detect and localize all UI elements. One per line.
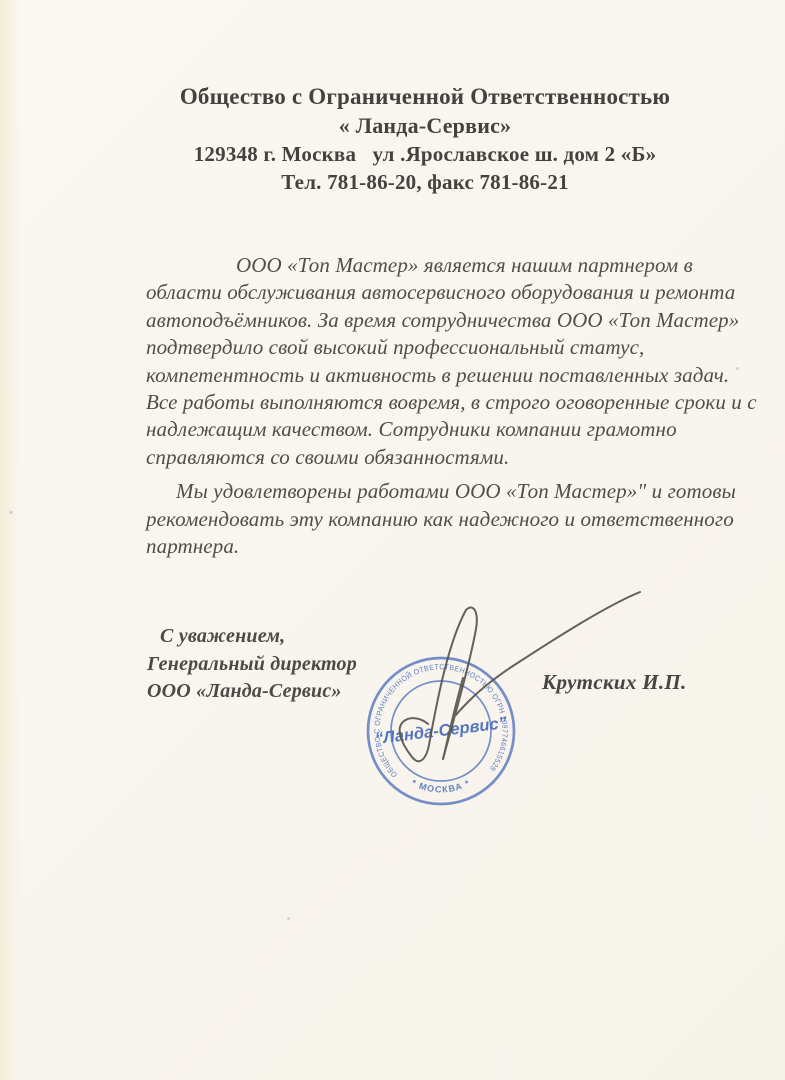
body-line: ООО «Топ Мастер» является нашим партнеро… xyxy=(146,252,762,279)
signature-stroke xyxy=(456,592,640,715)
company-address: 129348 г. Москва ул .Ярославское ш. дом … xyxy=(95,140,755,168)
company-short-name: « Ланда-Сервис» xyxy=(95,112,755,140)
body-line: надлежащим качеством. Сотрудники компани… xyxy=(146,416,762,443)
body-line: Все работы выполняются вовремя, в строго… xyxy=(146,389,762,416)
letterhead: Общество с Ограниченной Ответственностью… xyxy=(95,82,755,196)
signature-stroke xyxy=(400,610,466,761)
closing-salutation: С уважением, xyxy=(147,623,357,651)
body-line: партнера. xyxy=(146,533,762,560)
body-line: автоподъёмников. За время сотрудничества… xyxy=(146,307,762,334)
company-phone-fax: Тел. 781-86-20, факс 781-86-21 xyxy=(95,168,755,196)
scanned-letter-page: Общество с Ограниченной Ответственностью… xyxy=(0,0,785,1080)
body-line: Мы удовлетворены работами ООО «Топ Масте… xyxy=(146,478,762,505)
paragraph-1: ООО «Топ Мастер» является нашим партнеро… xyxy=(146,252,762,471)
closing-block: С уважением, Генеральный директор ООО «Л… xyxy=(147,623,357,706)
signer-title: Генеральный директор xyxy=(147,651,357,679)
signer-company: ООО «Ланда-Сервис» xyxy=(147,678,357,706)
body-line: области обслуживания автосервисного обор… xyxy=(146,279,762,306)
body-line: рекомендовать эту компанию как надежного… xyxy=(146,506,762,533)
scan-speck xyxy=(287,917,290,920)
signature-stroke xyxy=(443,678,463,759)
body-line: справляются со своими обязанностями. xyxy=(146,444,762,471)
handwritten-signature xyxy=(380,580,660,810)
body-line: компетентность и активность в решении по… xyxy=(146,362,762,389)
company-full-name: Общество с Ограниченной Ответственностью xyxy=(95,82,755,112)
body-line: подтвердило свой высокий профессиональны… xyxy=(146,334,762,361)
scan-speck xyxy=(9,511,13,514)
letter-body: ООО «Топ Мастер» является нашим партнеро… xyxy=(146,252,762,560)
paragraph-2: Мы удовлетворены работами ООО «Топ Масте… xyxy=(146,478,762,560)
paper-edge-shading xyxy=(0,0,20,1080)
